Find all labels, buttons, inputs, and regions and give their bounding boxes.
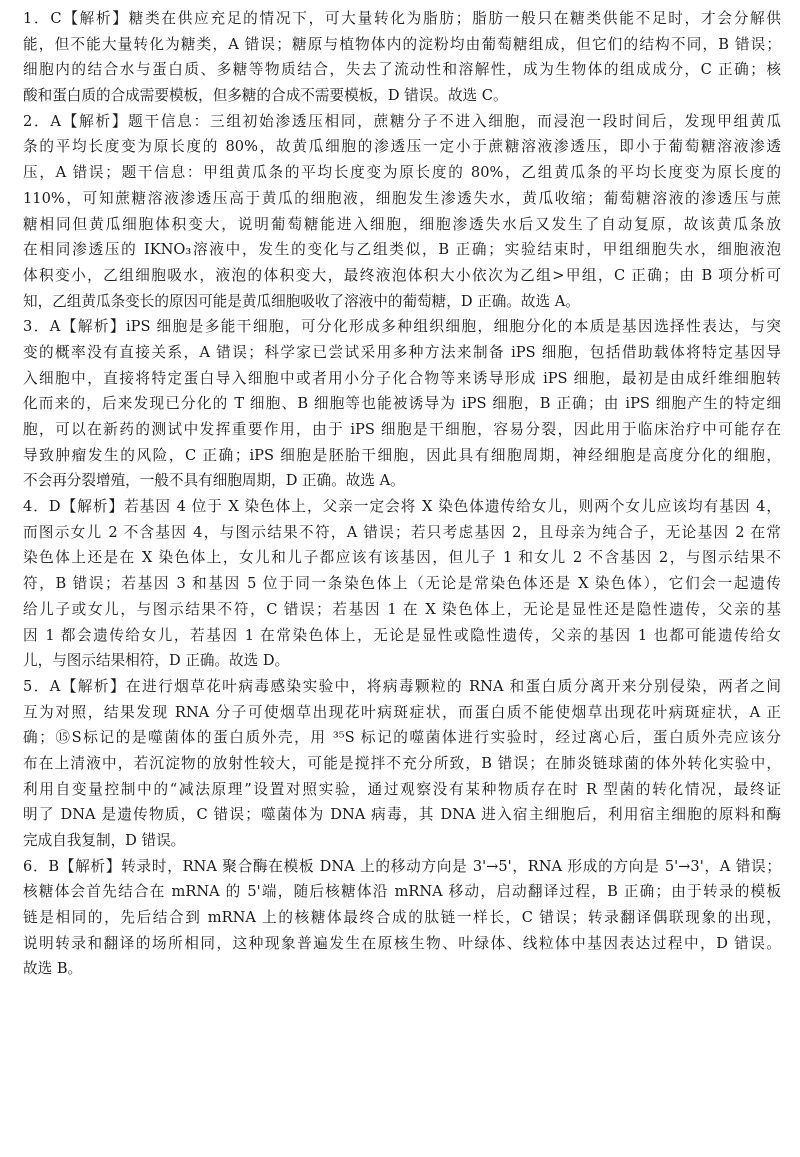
- text-line: 儿，与图示结果相符，D 正确。故选 D。: [23, 648, 781, 674]
- text-line: 入细胞中，直接将特定蛋白导入细胞中或者用小分子化合物等来诱导形成 iPS 细胞，…: [23, 366, 781, 392]
- text-line: 4．D【解析】若基因 4 位于 X 染色体上，父亲一定会将 X 染色体遗传给女儿…: [23, 494, 781, 520]
- text-line: 染色体上还是在 X 染色体上，女儿和儿子都应该有该基因，但儿子 1 和女儿 2 …: [23, 545, 781, 571]
- text-line: 而图示女儿 2 不含基因 4，与图示结果不符，A 错误；若只考虑基因 2，且母亲…: [23, 520, 781, 546]
- text-line: 导致肿瘤发生的风险，C 正确；iPS 细胞是胚胎干细胞，因此具有细胞周期，神经细…: [23, 443, 781, 469]
- text-line: 糖相同但黄瓜细胞体积变大，说明葡萄糖能进入细胞，细胞渗透失水后又发生了自动复原，…: [23, 212, 781, 238]
- answer-4: 4．D【解析】若基因 4 位于 X 染色体上，父亲一定会将 X 染色体遗传给女儿…: [23, 494, 781, 674]
- text-line: 1．C【解析】糖类在供应充足的情况下，可大量转化为脂肪；脂肪一般只在糖类供能不足…: [23, 6, 781, 32]
- answer-6: 6．B【解析】转录时，RNA 聚合酶在模板 DNA 上的移动方向是 3'→5'，…: [23, 854, 781, 982]
- text-line: 给儿子或女儿，与图示结果不符，C 错误；若基因 1 在 X 染色体上，无论是显性…: [23, 597, 781, 623]
- text-line: 完成自我复制，D 错误。: [23, 828, 781, 854]
- text-line: 因 1 都会遗传给女儿，若基因 1 在常染色体上，无论是显性或隐性遗传，父亲的基…: [23, 623, 781, 649]
- text-line: 利用自变量控制中的“减法原理”设置对照实验，通过观察没有某种物质存在时 R 型菌…: [23, 777, 781, 803]
- text-line: 互为对照，结果发现 RNA 分子可使烟草出现花叶病斑症状，而蛋白质不能使烟草出现…: [23, 700, 781, 726]
- text-line: 符，B 错误；若基因 3 和基因 5 位于同一条染色体上（无论是常染色体还是 X…: [23, 571, 781, 597]
- text-line: 体积变小，乙组细胞吸水，液泡的体积变大，最终液泡体积大小依次为乙组>甲组，C 正…: [23, 263, 781, 289]
- text-line: 能，但不能大量转化为糖类，A 错误；糖原与植物体内的淀粉均由葡萄糖组成，但它们的…: [23, 32, 781, 58]
- text-line: 酸和蛋白质的合成需要模板，但多糖的合成不需要模板，D 错误。故选 C。: [23, 83, 781, 109]
- text-line: 链是相同的，先后结合到 mRNA 上的核糖体最终合成的肽链一样长，C 错误；转录…: [23, 905, 781, 931]
- text-line: 确；⑮S标记的是噬菌体的蛋白质外壳，用 ³⁵S 标记的噬菌体进行实验时，经过离心…: [23, 725, 781, 751]
- text-line: 布在上清液中，若沉淀物的放射性较大，可能是搅拌不充分所致，B 错误；在肺炎链球菌…: [23, 751, 781, 777]
- text-line: 知，乙组黄瓜条变长的原因可能是黄瓜细胞吸收了溶液中的葡萄糖，D 正确。故选 A。: [23, 289, 781, 315]
- text-line: 明了 DNA 是遗传物质，C 错误；噬菌体为 DNA 病毒，其 DNA 进入宿主…: [23, 802, 781, 828]
- text-line: 条的平均长度变为原长度的 80%，故黄瓜细胞的渗透压一定小于蔗糖溶液渗透压，即小…: [23, 134, 781, 160]
- text-line: 细胞内的结合水与蛋白质、多糖等物质结合，失去了流动性和溶解性，成为生物体的组成成…: [23, 57, 781, 83]
- text-line: 变的概率没有直接关系，A 错误；科学家已尝试采用多种方法来制备 iPS 细胞，包…: [23, 340, 781, 366]
- answer-document: 1．C【解析】糖类在供应充足的情况下，可大量转化为脂肪；脂肪一般只在糖类供能不足…: [23, 6, 781, 982]
- text-line: 化而来的，后来发现已分化的 T 细胞、B 细胞等也能被诱导为 iPS 细胞，B …: [23, 391, 781, 417]
- text-line: 在相同渗透压的 IKNO₃溶液中，发生的变化与乙组类似，B 正确；实验结束时，甲…: [23, 237, 781, 263]
- answer-3: 3．A【解析】iPS 细胞是多能干细胞，可分化形成多种组织细胞，细胞分化的本质是…: [23, 314, 781, 494]
- text-line: 3．A【解析】iPS 细胞是多能干细胞，可分化形成多种组织细胞，细胞分化的本质是…: [23, 314, 781, 340]
- text-line: 故选 B。: [23, 956, 781, 982]
- text-line: 压，A 错误；题干信息：甲组黄瓜条的平均长度变为原长度的 80%，乙组黄瓜条的平…: [23, 160, 781, 186]
- answer-1: 1．C【解析】糖类在供应充足的情况下，可大量转化为脂肪；脂肪一般只在糖类供能不足…: [23, 6, 781, 109]
- text-line: 不会再分裂增殖，一般不具有细胞周期，D 正确。故选 A。: [23, 468, 781, 494]
- text-line: 5．A【解析】在进行烟草花叶病毒感染实验中，将病毒颗粒的 RNA 和蛋白质分离开…: [23, 674, 781, 700]
- text-line: 6．B【解析】转录时，RNA 聚合酶在模板 DNA 上的移动方向是 3'→5'，…: [23, 854, 781, 880]
- text-line: 说明转录和翻译的场所相同，这种现象普遍发生在原核生物、叶绿体、线粒体中基因表达过…: [23, 931, 781, 957]
- text-line: 110%，可知蔗糖溶液渗透压高于黄瓜的细胞液，细胞发生渗透失水，黄瓜收缩；葡萄糖…: [23, 186, 781, 212]
- text-line: 胞，可以在新药的测试中发挥重要作用，由于 iPS 细胞是干细胞，容易分裂，因此用…: [23, 417, 781, 443]
- text-line: 核糖体会首先结合在 mRNA 的 5'端，随后核糖体沿 mRNA 移动，启动翻译…: [23, 879, 781, 905]
- text-line: 2．A【解析】题干信息：三组初始渗透压相同，蔗糖分子不进入细胞，而浸泡一段时间后…: [23, 109, 781, 135]
- answer-5: 5．A【解析】在进行烟草花叶病毒感染实验中，将病毒颗粒的 RNA 和蛋白质分离开…: [23, 674, 781, 854]
- answer-2: 2．A【解析】题干信息：三组初始渗透压相同，蔗糖分子不进入细胞，而浸泡一段时间后…: [23, 109, 781, 315]
